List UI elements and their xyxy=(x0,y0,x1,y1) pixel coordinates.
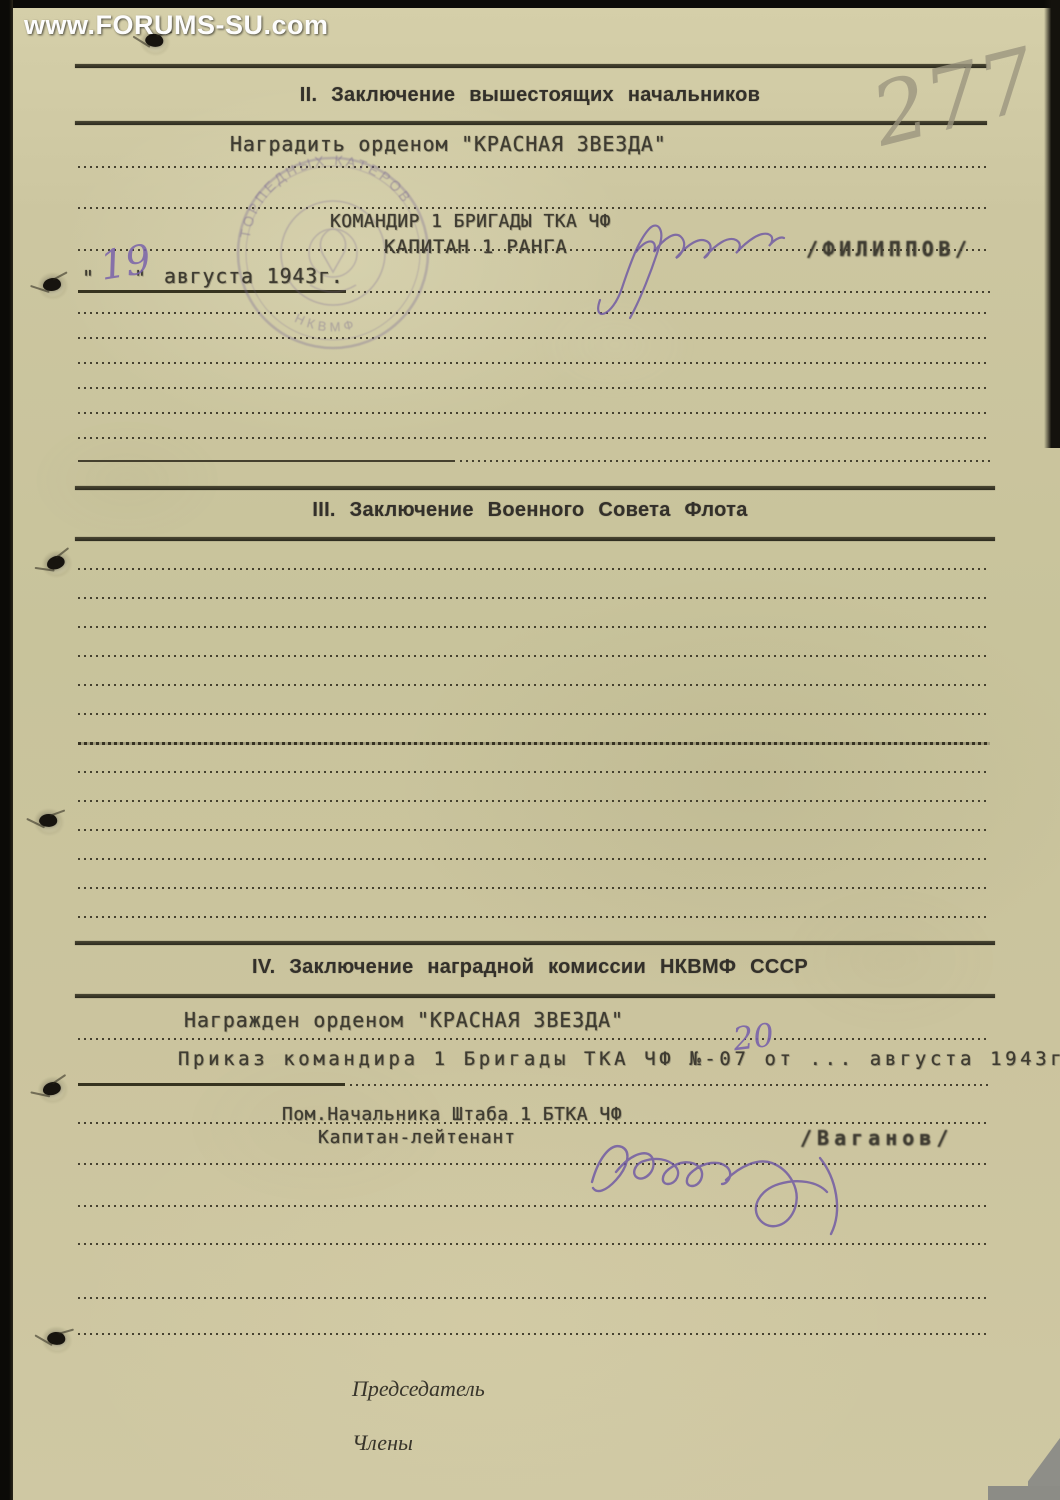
punch-hole xyxy=(36,272,70,300)
dotted-line xyxy=(78,771,990,773)
section3-title: III. Заключение Военного Совета Флота xyxy=(0,499,1060,522)
dotted-line xyxy=(78,1163,990,1165)
scanned-award-document: ТОРПЕДНЫХ КАТЕРОВ НКВМФ www.FORUMS-SU.co… xyxy=(0,0,1060,1500)
date-day-handwritten: 19 xyxy=(97,236,154,289)
commander-surname: /ФИЛИППОВ/ xyxy=(806,237,971,261)
dotted-line xyxy=(78,684,990,686)
dotted-line xyxy=(78,800,990,802)
dotted-line xyxy=(78,362,990,364)
section-rule xyxy=(75,121,987,125)
dotted-line xyxy=(78,437,990,439)
dotted-line xyxy=(350,1084,990,1086)
commander-position-line: КОМАНДИР 1 БРИГАДЫ ТКА ЧФ xyxy=(330,211,611,232)
dotted-line xyxy=(78,829,990,831)
dotted-line xyxy=(460,460,990,462)
dotted-line xyxy=(78,655,990,657)
dotted-line xyxy=(78,1205,990,1207)
dotted-line xyxy=(78,412,990,414)
section4-title: IV. Заключение наградной комиссии НКВМФ … xyxy=(0,956,1060,979)
punch-hole xyxy=(38,547,76,580)
date-month-year: августа 1943г. xyxy=(164,264,344,288)
commander-rank-line: КАПИТАН 1 РАНГА xyxy=(384,236,568,258)
dotted-line xyxy=(78,887,990,889)
section-rule xyxy=(75,537,995,541)
dotted-line xyxy=(78,626,990,628)
dotted-line xyxy=(78,858,990,860)
officer-rank-line: Капитан-лейтенант xyxy=(318,1127,516,1148)
order-line: Приказ командира 1 Бригады ТКА ЧФ №-07 о… xyxy=(178,1048,1060,1070)
scan-edge-right xyxy=(1044,0,1060,448)
dotted-line xyxy=(78,742,990,745)
order-underline xyxy=(78,1083,345,1086)
dotted-line xyxy=(78,1243,990,1245)
section-rule xyxy=(75,941,995,945)
punch-hole xyxy=(30,806,68,838)
section-rule xyxy=(75,486,995,490)
dotted-line xyxy=(352,291,990,293)
date-underline xyxy=(78,290,346,293)
section2-award-line: Наградить орденом "КРАСНАЯ ЗВЕЗДА" xyxy=(230,132,667,156)
thin-rule xyxy=(78,460,455,462)
dotted-line xyxy=(78,713,990,715)
dotted-line xyxy=(78,568,990,570)
members-label: Члены xyxy=(352,1430,413,1456)
chairman-label: Председатель xyxy=(352,1376,485,1402)
date-open-quote: " xyxy=(82,266,94,290)
punch-hole xyxy=(37,1323,76,1357)
dotted-line xyxy=(78,312,990,314)
section-rule xyxy=(75,994,995,998)
section4-award-line: Награжден орденом "КРАСНАЯ ЗВЕЗДА" xyxy=(184,1008,624,1032)
scan-corner xyxy=(988,1486,1060,1500)
dotted-line xyxy=(78,166,990,168)
scan-edge-left xyxy=(0,0,13,1500)
officer-surname: /Ваганов/ xyxy=(800,1126,953,1150)
scan-edge-top xyxy=(0,0,1060,8)
dotted-line xyxy=(78,387,990,389)
punch-hole xyxy=(35,1074,72,1105)
dotted-line xyxy=(78,337,990,339)
dotted-line xyxy=(78,1333,990,1335)
dotted-line xyxy=(78,1297,990,1299)
watermark: www.FORUMS-SU.com xyxy=(24,10,329,41)
section-rule xyxy=(75,64,987,68)
officer-position-line: Пом.Начальника Штаба 1 БТКА ЧФ xyxy=(282,1104,622,1125)
dotted-line xyxy=(78,207,990,209)
dotted-line xyxy=(78,916,990,918)
dotted-line xyxy=(78,1038,990,1040)
order-day-handwritten: 20 xyxy=(731,1016,776,1059)
dotted-line xyxy=(78,597,990,599)
